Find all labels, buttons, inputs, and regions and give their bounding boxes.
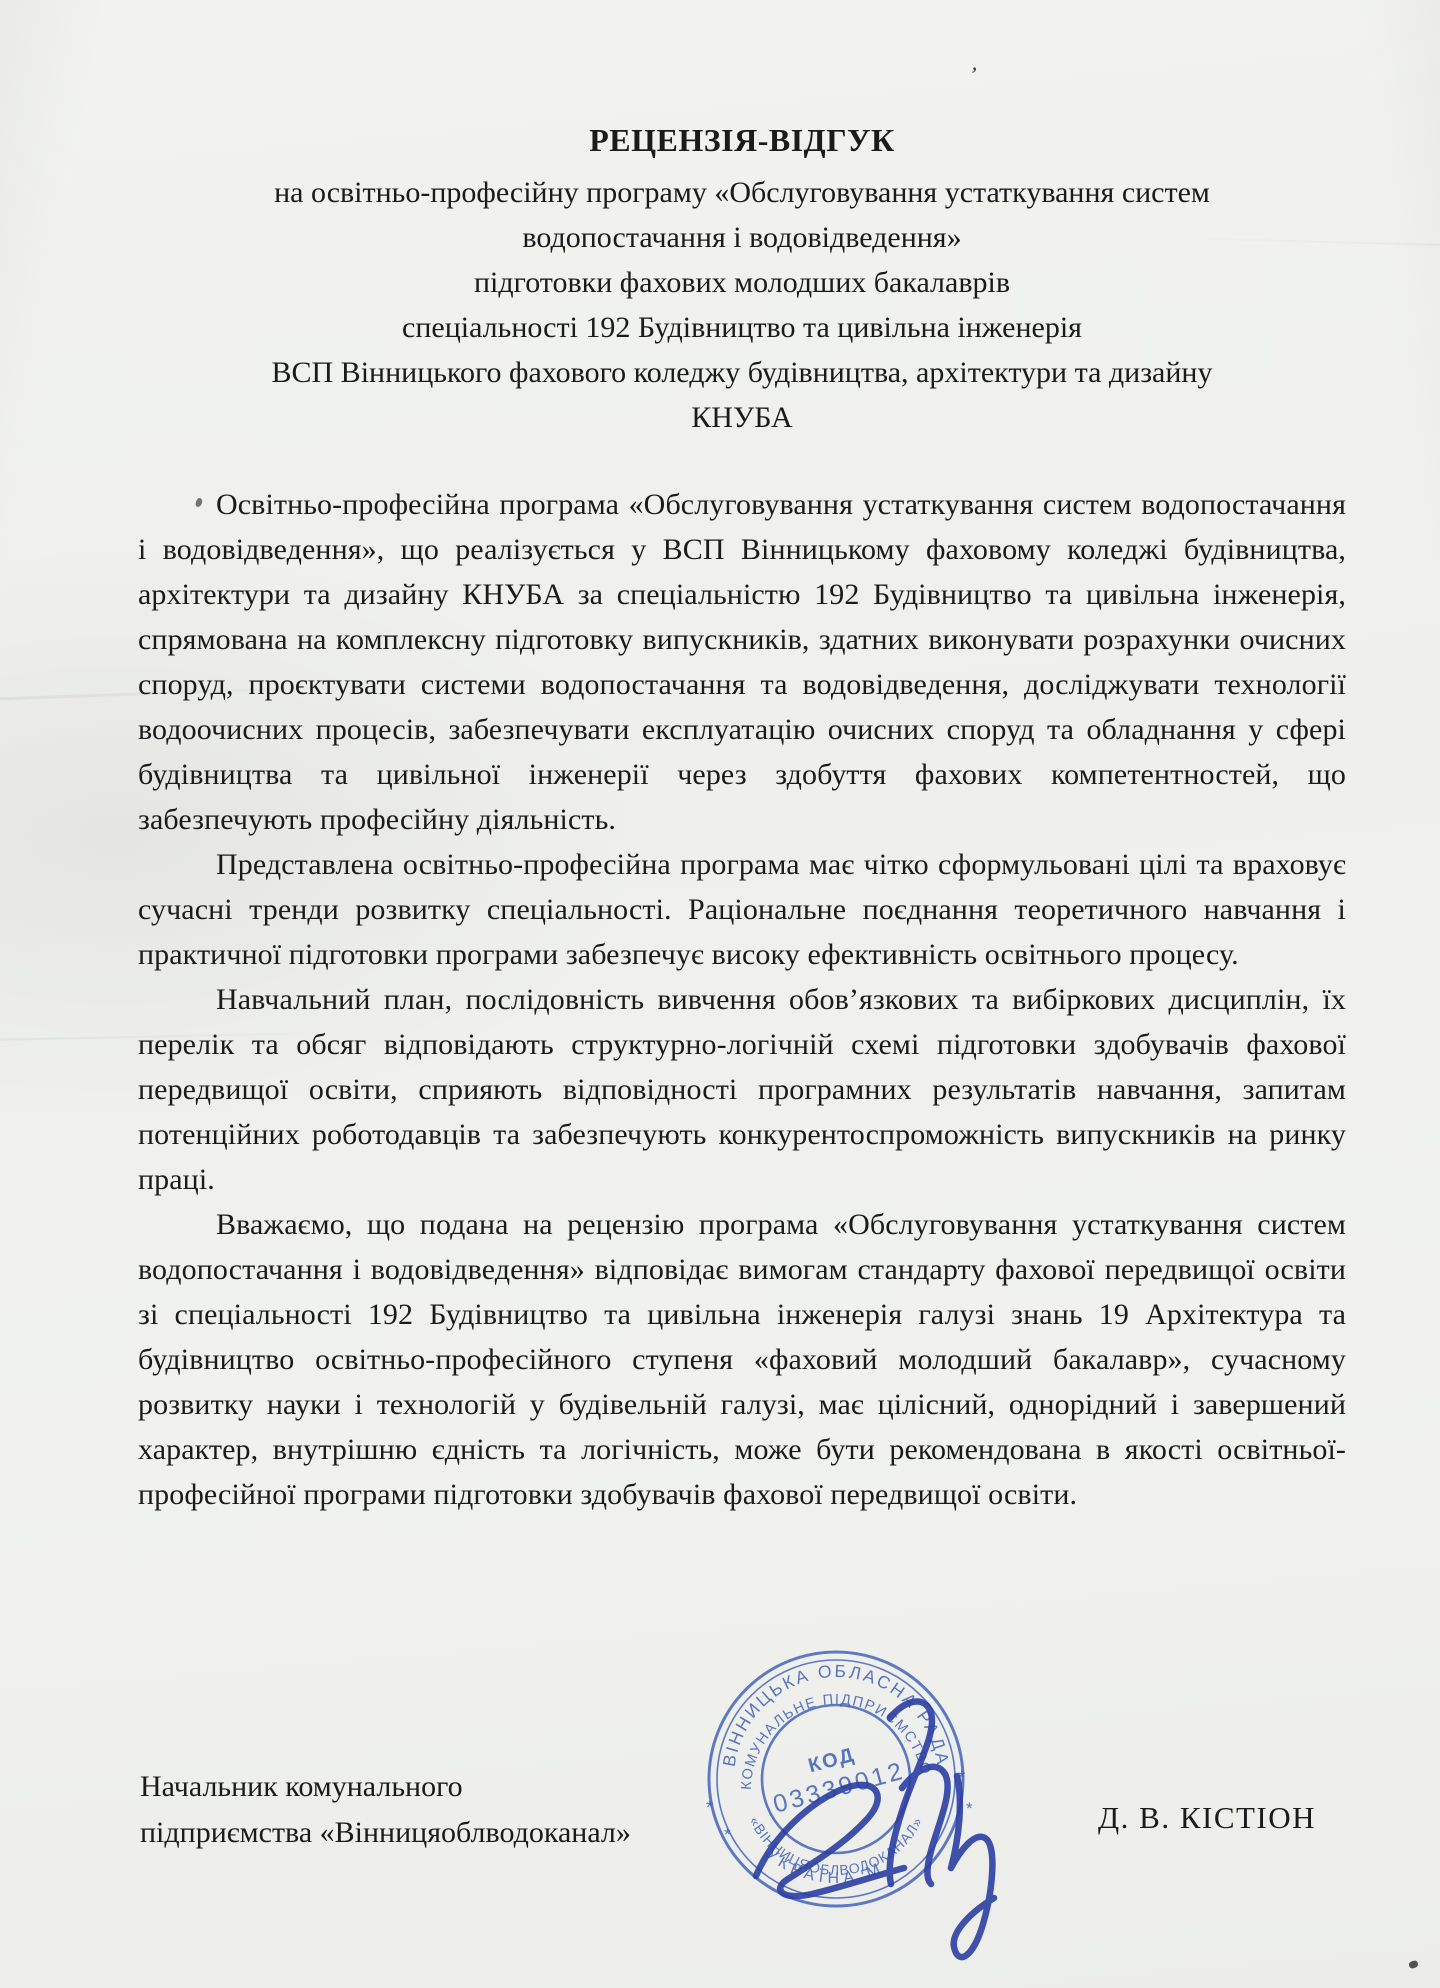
body-paragraph: Освітньо-професійна програма «Обслуговув… [138,482,1346,842]
subtitle-line: ВСП Вінницького фахового коледжу будівни… [138,350,1346,395]
official-stamp: ВІННИЦЬКА ОБЛАСНА РАДА КОМУНАЛЬНЕ ПІДПРИ… [640,1626,1070,1986]
subtitle-line: водопостачання і водовідведення» [138,215,1346,260]
subtitle-line: КНУБА [138,395,1346,440]
stamp-center-code: КОД 03339012 [764,1732,908,1818]
signoff-role: Начальник комунального підприємства «Він… [140,1764,631,1856]
scan-artifact: ’ [968,62,979,89]
signoff-role-line: підприємства «Вінницяоблводоканал» [140,1810,631,1856]
body-paragraph: Представлена освітньо-професійна програм… [138,842,1346,977]
stamp-star-icon: * [706,1798,714,1819]
body-paragraph: Вважаємо, що подана на рецензію програма… [138,1202,1346,1517]
body-paragraph: Навчальний план, послідовність вивчення … [138,977,1346,1202]
subtitle-line: на освітньо-професійну програму «Обслуго… [138,170,1346,215]
scanned-review-page: ’ РЕЦЕНЗІЯ-ВІДГУК на освітньо-професійну… [0,0,1440,1988]
stamp-star-icon: * [966,1799,973,1818]
subtitle-line: спеціальності 192 Будівництво та цивільн… [138,305,1346,350]
subtitle-line: підготовки фахових молодших бакалаврів [138,260,1346,305]
scan-artifact [1408,1960,1419,1970]
document-body: РЕЦЕНЗІЯ-ВІДГУК на освітньо-професійну п… [138,118,1346,1517]
signoff-role-line: Начальник комунального [140,1764,631,1810]
document-title: РЕЦЕНЗІЯ-ВІДГУК [138,118,1346,163]
stamp-star-icon: * [724,1825,731,1844]
signoff-name: Д. В. КІСТІОН [1098,1800,1316,1836]
body-text: Освітньо-професійна програма «Обслуговув… [138,482,1346,1517]
